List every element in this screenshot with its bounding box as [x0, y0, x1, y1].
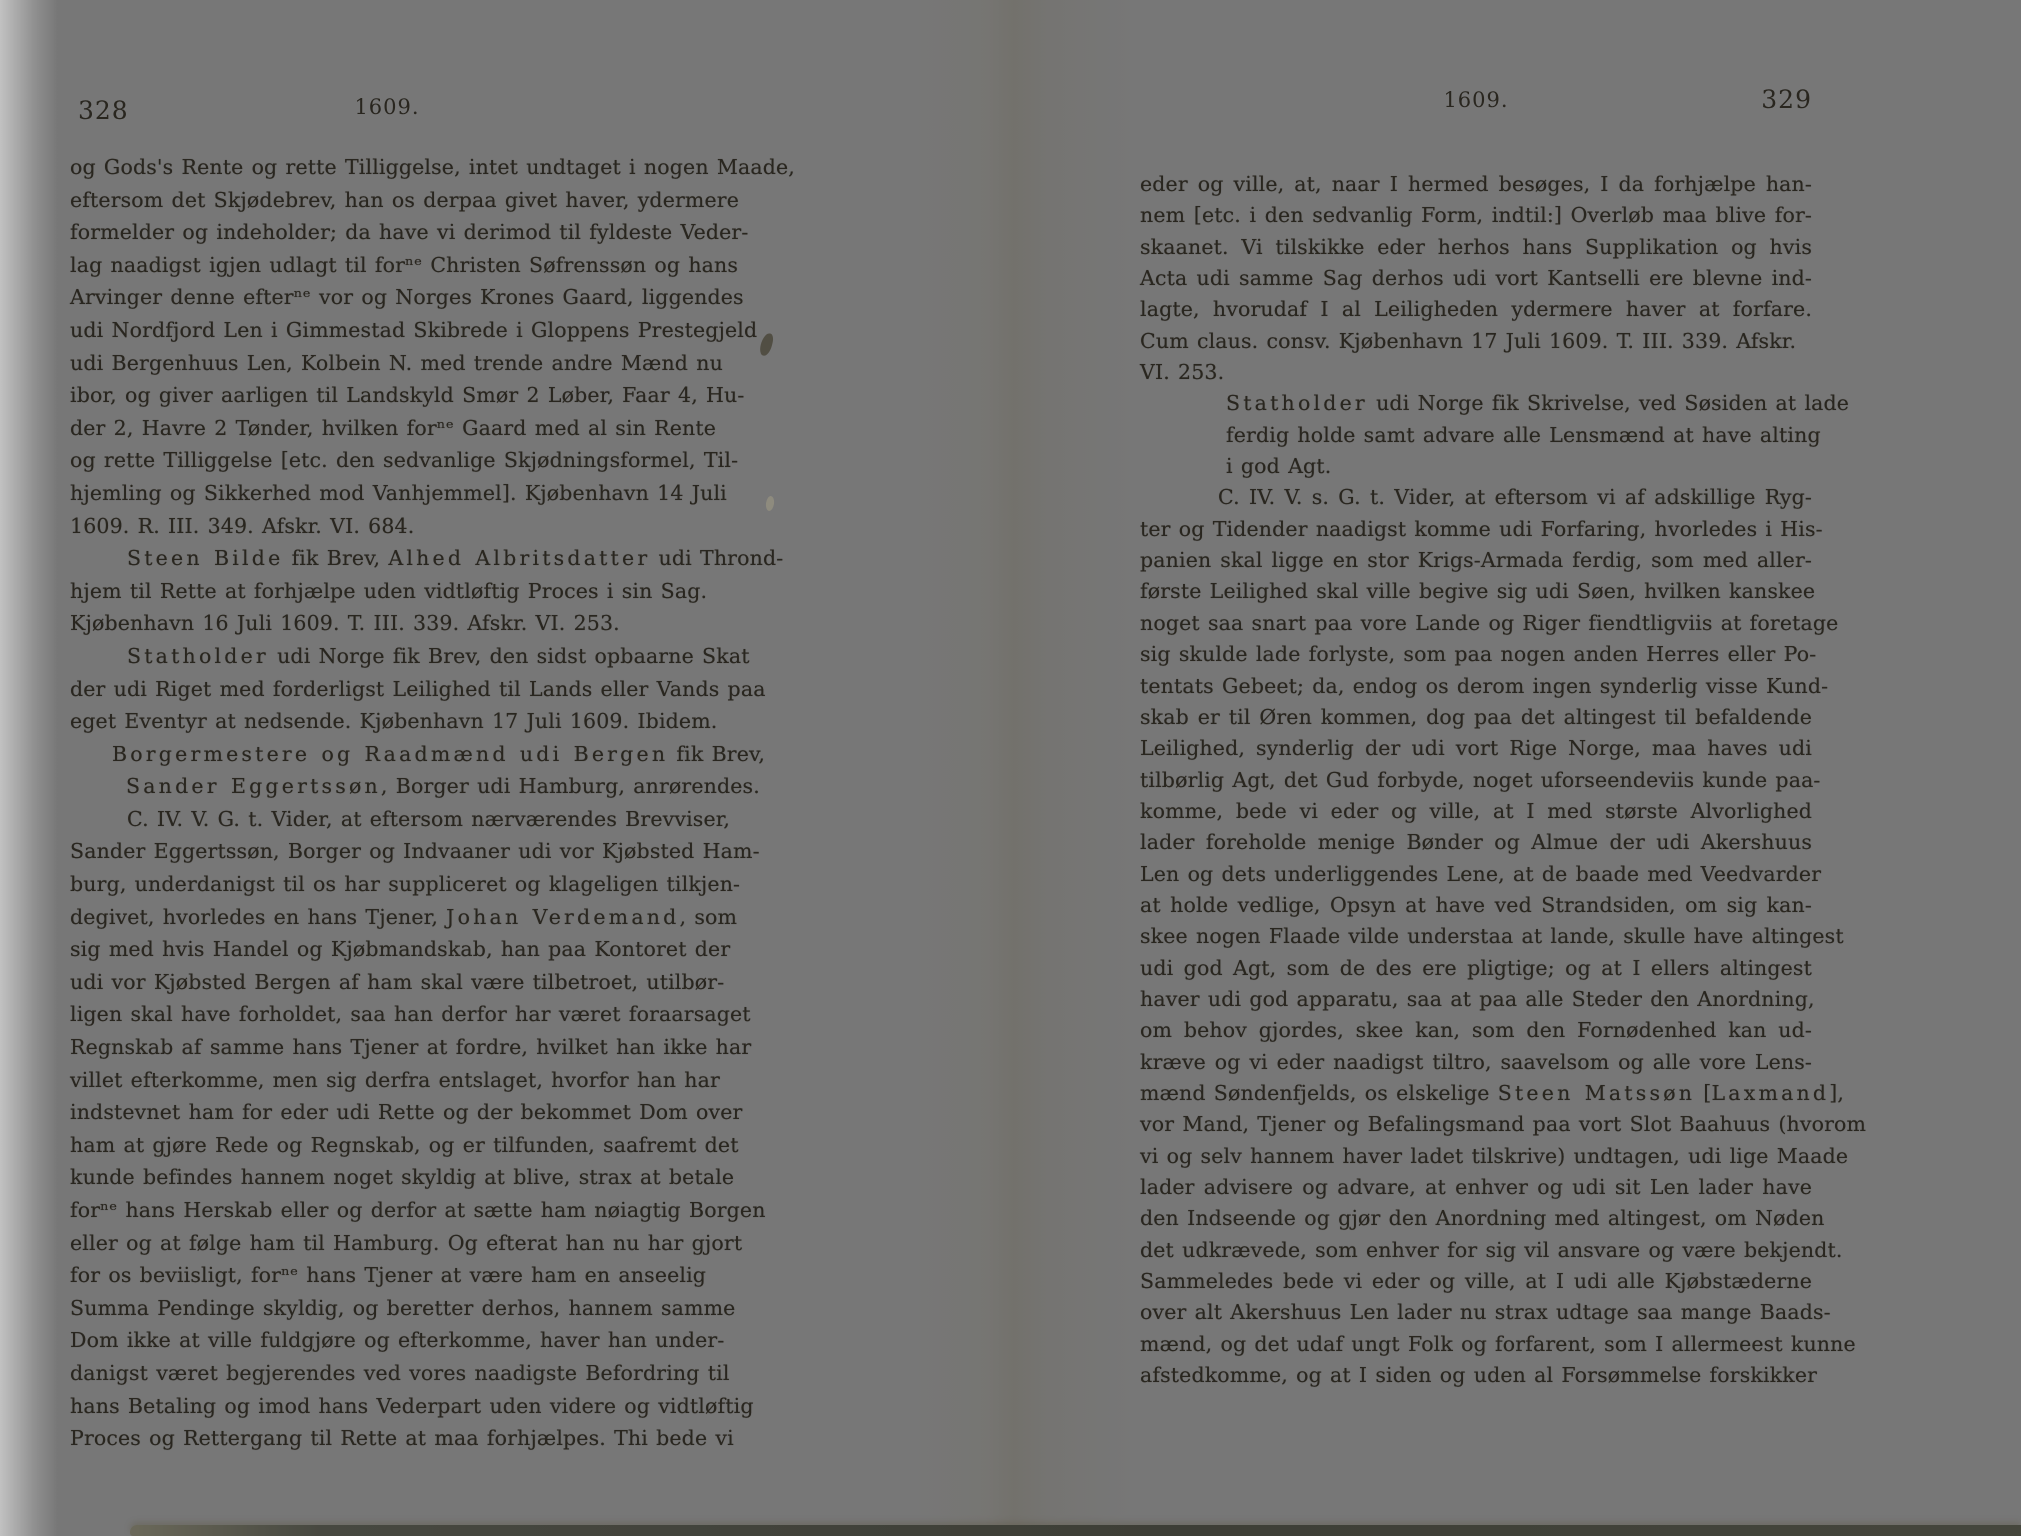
- text-line: vor Mand, Tjener og Befalingsmand paa vo…: [1140, 1109, 1812, 1140]
- text-line: eftersom det Skjødebrev, han os derpaa g…: [70, 184, 704, 217]
- text-line: ham at gjøre Rede og Regnskab, og er til…: [70, 1129, 704, 1162]
- text-line: danigst været begjerendes ved vores naad…: [70, 1357, 704, 1390]
- text-line: VI. 253.: [1140, 357, 1812, 388]
- text-line: lader foreholde menige Bønder og Almue d…: [1140, 827, 1812, 858]
- text-line: Steen Bilde fik Brev, Alhed Albritsdatte…: [70, 542, 704, 575]
- text-line: Sammeledes bede vi eder og ville, at I u…: [1140, 1266, 1812, 1297]
- left-page: 328 1609. og Gods's Rente og rette Tilli…: [0, 0, 1010, 1536]
- text-line: eder og ville, at, naar I hermed besøges…: [1140, 169, 1812, 200]
- text-line: ter og Tidender naadigst komme udi Forfa…: [1140, 514, 1812, 545]
- text-line: komme, bede vi eder og ville, at I med s…: [1140, 796, 1812, 827]
- text-line: afstedkomme, og at I siden og uden al Fo…: [1140, 1360, 1812, 1391]
- text-line: om behov gjordes, skee kan, som den Forn…: [1140, 1015, 1812, 1046]
- text-line: noget saa snart paa vore Lande og Riger …: [1140, 608, 1812, 639]
- letterspaced-name: Alhed Albritsdatter: [388, 546, 650, 570]
- text-line: den Indseende og gjør den Anordning med …: [1140, 1203, 1812, 1234]
- text-line: Proces og Rettergang til Rette at maa fo…: [70, 1422, 704, 1455]
- letterspaced-name: Sander Eggertssøn: [126, 774, 381, 798]
- text-line: udi Bergenhuus Len, Kolbein N. med trend…: [70, 347, 704, 380]
- text-line: tentats Gebeet; da, endog os derom ingen…: [1140, 671, 1812, 702]
- letterspaced-name: Steen Bilde: [127, 546, 283, 570]
- text-line: der udi Riget med forderligst Leilighed …: [70, 673, 704, 706]
- text-line: det udkrævede, som enhver for sig vil an…: [1140, 1235, 1812, 1266]
- text-line: Dom ikke at ville fuldgjøre og efterkomm…: [70, 1324, 704, 1357]
- text-line: hjemling og Sikkerhed mod Vanhjemmel]. K…: [70, 477, 704, 510]
- text-line: i god Agt.: [1140, 451, 1812, 482]
- text-line: Borgermestere og Raadmænd udi Bergen fik…: [70, 738, 704, 771]
- text-line: over alt Akershuus Len lader nu strax ud…: [1140, 1297, 1812, 1328]
- text-line: udi god Agt, som de des ere pligtige; og…: [1140, 953, 1812, 984]
- text-line: Leilighed, synderlig der udi vort Rige N…: [1140, 733, 1812, 764]
- text-line: lag naadigst igjen udlagt til forⁿᵉ Chri…: [70, 249, 704, 282]
- text-line: tilbørlig Agt, det Gud forbyde, noget uf…: [1140, 765, 1812, 796]
- letterspaced-name: Laxmand: [1711, 1081, 1829, 1105]
- right-page: 1609. 329 eder og ville, at, naar I herm…: [1010, 0, 2021, 1536]
- text-line: kræve og vi eder naadigst tiltro, saavel…: [1140, 1047, 1812, 1078]
- text-line: Len og dets underliggendes Lene, at de b…: [1140, 859, 1812, 890]
- letterspaced-name: Steen Matssøn: [1498, 1081, 1695, 1105]
- text-line: lader advisere og advare, at enhver og u…: [1140, 1172, 1812, 1203]
- right-page-number: 329: [1140, 85, 1812, 114]
- text-line: C. IV. V. s. G. t. Vider, at eftersom vi…: [1140, 482, 1812, 513]
- text-line: Sander Eggertssøn, Borger udi Hamburg, a…: [70, 770, 704, 803]
- text-line: forⁿᵉ hans Herskab eller og derfor at sæ…: [70, 1194, 704, 1227]
- text-line: Statholder udi Norge fik Brev, den sidst…: [70, 640, 704, 673]
- letterspaced-name: Johan Verdemand: [446, 905, 679, 929]
- text-line: Regnskab af samme hans Tjener at fordre,…: [70, 1031, 704, 1064]
- text-line: udi vor Kjøbsted Bergen af ham skal være…: [70, 966, 704, 999]
- letterspaced-name: Statholder: [127, 644, 269, 668]
- text-line: udi Nordfjord Len i Gimmestad Skibrede i…: [70, 314, 704, 347]
- text-line: ferdig holde samt advare alle Lensmænd a…: [1140, 420, 1812, 451]
- text-line: Kjøbenhavn 16 Juli 1609. T. III. 339. Af…: [70, 607, 704, 640]
- text-line: Summa Pendinge skyldig, og beretter derh…: [70, 1292, 704, 1325]
- text-line: ibor, og giver aarligen til Landskyld Sm…: [70, 379, 704, 412]
- text-line: Statholder udi Norge fik Skrivelse, ved …: [1140, 388, 1812, 419]
- right-page-text: eder og ville, at, naar I hermed besøges…: [1140, 169, 1812, 1391]
- text-line: C. IV. V. G. t. Vider, at eftersom nærvæ…: [70, 803, 704, 836]
- text-line: Arvinger denne efterⁿᵉ vor og Norges Kro…: [70, 281, 704, 314]
- text-line: mænd, og det udaf ungt Folk og forfarent…: [1140, 1329, 1812, 1360]
- text-line: burg, underdanigst til os har supplicere…: [70, 868, 704, 901]
- text-line: 1609. R. III. 349. Afskr. VI. 684.: [70, 510, 704, 543]
- text-line: skab er til Øren kommen, dog paa det alt…: [1140, 702, 1812, 733]
- text-line: og rette Tilliggelse [etc. den sedvanlig…: [70, 444, 704, 477]
- text-line: sig med hvis Handel og Kjøbmandskab, han…: [70, 933, 704, 966]
- text-line: formelder og indeholder; da have vi deri…: [70, 216, 704, 249]
- text-line: eget Eventyr at nedsende. Kjøbenhavn 17 …: [70, 705, 704, 738]
- text-line: mænd Søndenfjelds, os elskelige Steen Ma…: [1140, 1078, 1812, 1109]
- text-line: skee nogen Flaade vilde understaa at lan…: [1140, 921, 1812, 952]
- text-line: nem [etc. i den sedvanlig Form, indtil:]…: [1140, 200, 1812, 231]
- text-line: hjem til Rette at forhjælpe uden vidtløf…: [70, 575, 704, 608]
- text-line: og Gods's Rente og rette Tilliggelse, in…: [70, 151, 704, 184]
- text-line: Sander Eggertssøn, Borger og Indvaaner u…: [70, 835, 704, 868]
- text-line: vi og selv hannem haver ladet tilskrive)…: [1140, 1141, 1812, 1172]
- text-line: haver udi god apparatu, saa at paa alle …: [1140, 984, 1812, 1015]
- text-line: der 2, Havre 2 Tønder, hvilken forⁿᵉ Gaa…: [70, 412, 704, 445]
- left-page-text: og Gods's Rente og rette Tilliggelse, in…: [70, 151, 704, 1455]
- text-line: panien skal ligge en stor Krigs-Armada f…: [1140, 545, 1812, 576]
- text-line: lagte, hvorudaf I al Leiligheden ydermer…: [1140, 294, 1812, 325]
- book-scan: 328 1609. og Gods's Rente og rette Tilli…: [0, 0, 2021, 1536]
- text-line: villet efterkomme, men sig derfra entsla…: [70, 1064, 704, 1097]
- text-line: Acta udi samme Sag derhos udi vort Kants…: [1140, 263, 1812, 294]
- text-line: hans Betaling og imod hans Vederpart ude…: [70, 1390, 704, 1423]
- text-line: degivet, hvorledes en hans Tjener, Johan…: [70, 901, 704, 934]
- text-line: ligen skal have forholdet, saa han derfo…: [70, 998, 704, 1031]
- scan-bottom-edge: [130, 1525, 2021, 1536]
- text-line: indstevnet ham for eder udi Rette og der…: [70, 1096, 704, 1129]
- text-line: at holde vedlige, Opsyn at have ved Stra…: [1140, 890, 1812, 921]
- text-line: Cum claus. consv. Kjøbenhavn 17 Juli 160…: [1140, 326, 1812, 357]
- text-line: eller og at følge ham til Hamburg. Og ef…: [70, 1227, 704, 1260]
- letterspaced-name: Statholder: [1226, 391, 1368, 415]
- letterspaced-name: Borgermestere og Raadmænd udi Bergen: [112, 742, 668, 766]
- left-year-header: 1609.: [70, 95, 704, 119]
- text-line: for os beviisligt, forⁿᵉ hans Tjener at …: [70, 1259, 704, 1292]
- text-line: skaanet. Vi tilskikke eder herhos hans S…: [1140, 232, 1812, 263]
- text-line: kunde befindes hannem noget skyldig at b…: [70, 1161, 704, 1194]
- text-line: sig skulde lade forlyste, som paa nogen …: [1140, 639, 1812, 670]
- text-line: første Leilighed skal ville begive sig u…: [1140, 576, 1812, 607]
